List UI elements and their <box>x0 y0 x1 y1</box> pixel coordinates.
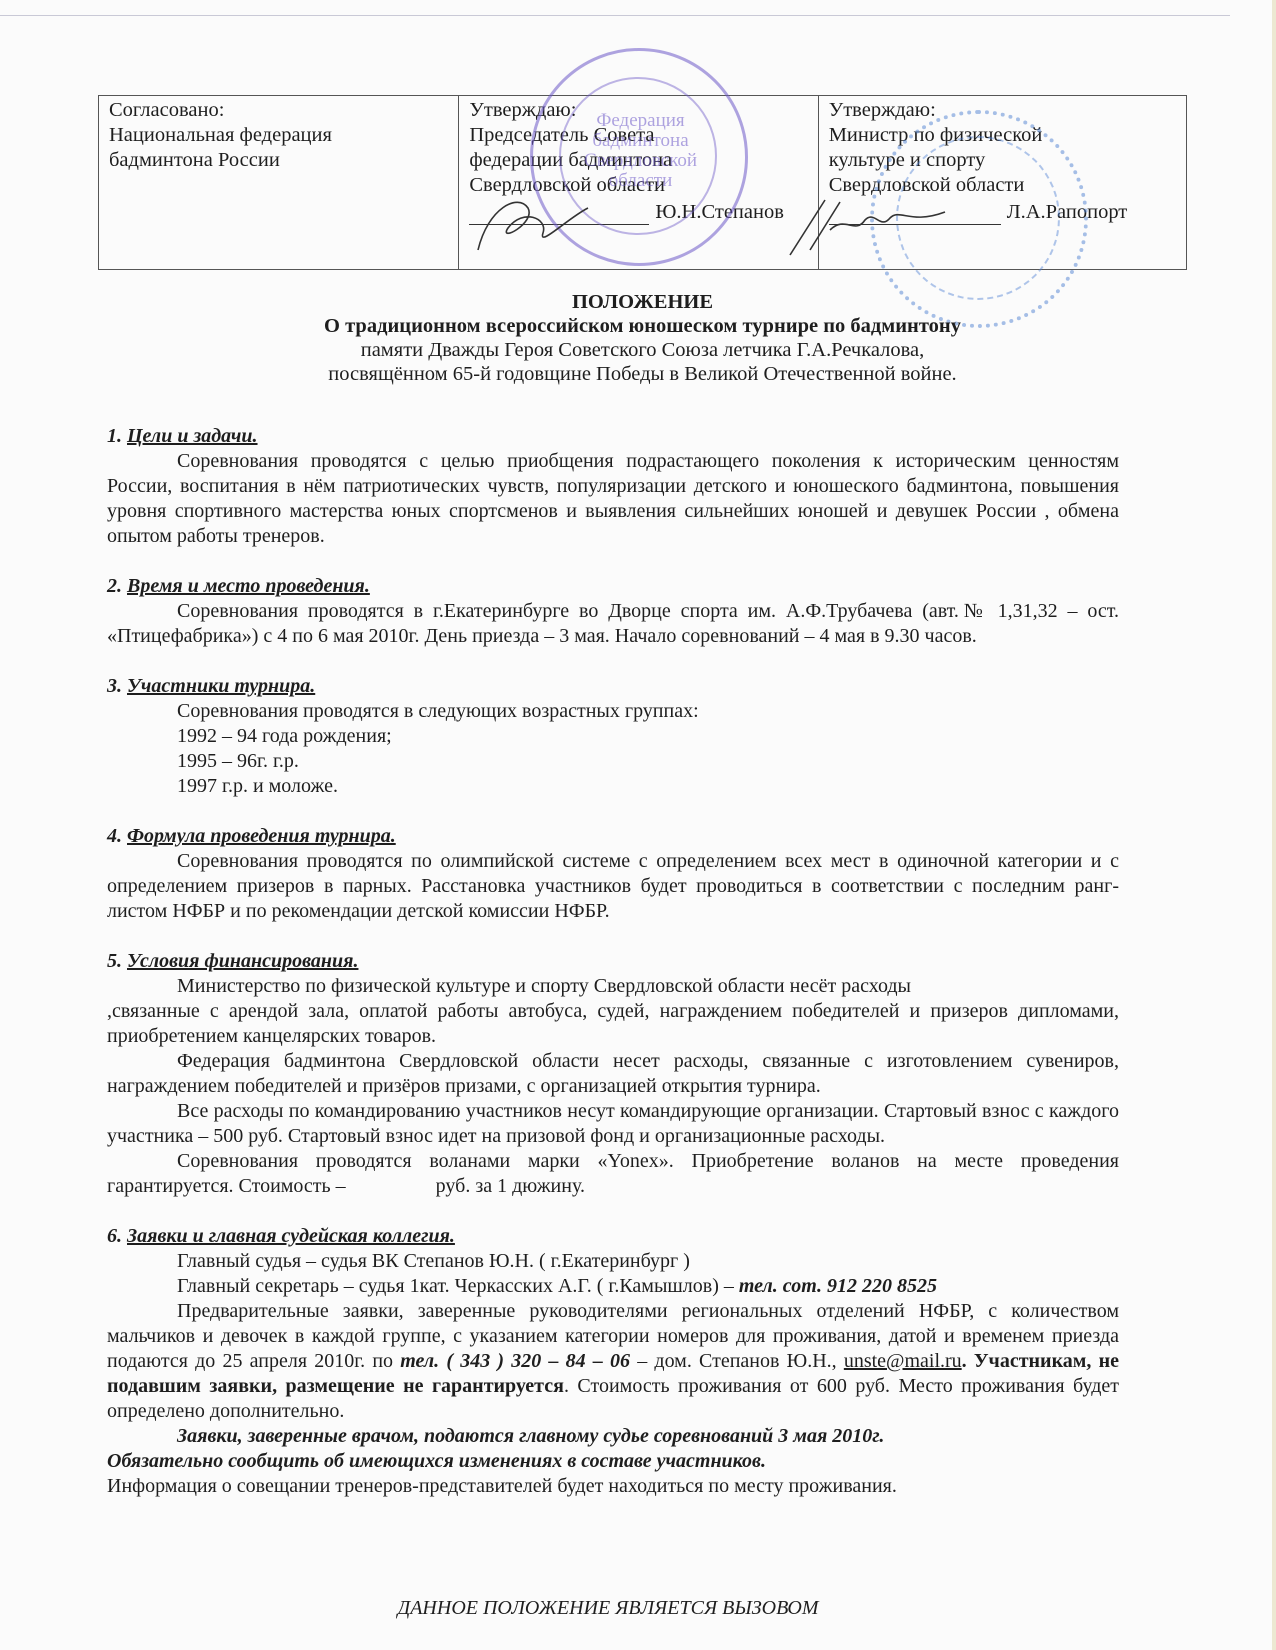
section-title: Цели и задачи. <box>127 425 258 447</box>
prelim-text: – дом. Степанов Ю.Н., <box>630 1350 837 1372</box>
shuttle-price-unit: руб. за 1 дюжину. <box>436 1175 585 1197</box>
scan-border-line <box>0 15 1230 16</box>
notify-changes: Обязательно сообщить об имеющихся измене… <box>107 1449 1119 1474</box>
signature-line: Ю.Н.Степанов <box>469 200 807 225</box>
section-title: Заявки и главная судейская коллегия. <box>127 1225 455 1247</box>
section-heading: 5. Условия финансирования. <box>107 949 1119 974</box>
section-heading: 1. Цели и задачи. <box>107 424 1119 449</box>
doctor-applications: Заявки, заверенные врачом, подаются глав… <box>107 1424 1119 1449</box>
section-text: Министерство по физической культуре и сп… <box>107 974 1119 999</box>
section-number: 5. <box>107 950 122 972</box>
section-text: Все расходы по командированию участников… <box>107 1099 1119 1149</box>
section-time-place: 2. Время и место проведения. Соревновани… <box>107 574 1119 649</box>
signature-blank <box>829 204 1001 225</box>
approval-line: Председатель Совета <box>469 123 807 148</box>
approval-table: Согласовано: Национальная федерация бадм… <box>98 95 1187 270</box>
document-title-block: ПОЛОЖЕНИЕ О традиционном всероссийском ю… <box>98 290 1187 386</box>
section-text: Соревнования проводятся в следующих возр… <box>107 699 1119 724</box>
approval-label: Утверждаю: <box>829 98 1176 123</box>
section-heading: 4. Формула проведения турнира. <box>107 824 1119 849</box>
section-heading: 6. Заявки и главная судейская коллегия. <box>107 1224 1119 1249</box>
signer-name: Л.А.Рапопорт <box>1007 200 1128 225</box>
signature-blank <box>469 204 649 225</box>
secretary-phone: тел. сот. 912 220 8525 <box>739 1275 937 1297</box>
section-text: Соревнования проводятся воланами марки «… <box>107 1149 1119 1199</box>
section-text: Соревнования проводятся с целью приобщен… <box>107 449 1119 549</box>
section-financing: 5. Условия финансирования. Министерство … <box>107 949 1119 1199</box>
approval-cell-ministry: Утверждаю: Министр по физической культур… <box>819 96 1186 269</box>
approval-line: бадминтона России <box>109 148 448 173</box>
approval-cell-federation: Утверждаю: Председатель Совета федерации… <box>459 96 818 269</box>
preliminary-applications: Предварительные заявки, заверенные руков… <box>107 1299 1119 1424</box>
section-number: 3. <box>107 675 122 697</box>
document-title: ПОЛОЖЕНИЕ <box>98 290 1187 314</box>
approval-cell-agreed: Согласовано: Национальная федерация бадм… <box>99 96 459 269</box>
age-group-item: 1997 г.р. и моложе. <box>107 774 1119 799</box>
document-subtitle: О традиционном всероссийском юношеском т… <box>98 314 1187 338</box>
section-title: Условия финансирования. <box>127 950 358 972</box>
section-number: 2. <box>107 575 122 597</box>
age-group-item: 1995 – 96г. г.р. <box>107 749 1119 774</box>
section-heading: 2. Время и место проведения. <box>107 574 1119 599</box>
section-title: Время и место проведения. <box>127 575 370 597</box>
approval-label: Согласовано: <box>109 98 448 123</box>
approval-line: Министр по физической <box>829 123 1176 148</box>
document-body: 1. Цели и задачи. Соревнования проводятс… <box>107 424 1119 1524</box>
approval-line: Свердловской области <box>829 173 1176 198</box>
section-number: 6. <box>107 1225 122 1247</box>
approval-line: Свердловской области <box>469 173 807 198</box>
contact-phone: тел. ( 343 ) 320 – 84 – 06 <box>400 1350 630 1372</box>
section-goals: 1. Цели и задачи. Соревнования проводятс… <box>107 424 1119 549</box>
approval-label: Утверждаю: <box>469 98 807 123</box>
signature-line: Л.А.Рапопорт <box>829 200 1176 225</box>
secretary-text: Главный секретарь – судья 1кат. Черкасск… <box>177 1275 734 1297</box>
approval-line: Национальная федерация <box>109 123 448 148</box>
section-title: Участники турнира. <box>127 675 315 697</box>
chief-judge: Главный судья – судья ВК Степанов Ю.Н. (… <box>107 1249 1119 1274</box>
document-anniversary: посвящённом 65-й годовщине Победы в Вели… <box>98 362 1187 386</box>
approval-line: культуре и спорту <box>829 148 1176 173</box>
age-group-item: 1992 – 94 года рождения; <box>107 724 1119 749</box>
document-dedication: памяти Дважды Героя Советского Союза лет… <box>98 338 1187 362</box>
chief-secretary: Главный секретарь – судья 1кат. Черкасск… <box>107 1274 1119 1299</box>
email-link[interactable]: unste@mail.ru <box>844 1350 962 1372</box>
approval-line: федерации бадминтона <box>469 148 807 173</box>
section-text: Соревнования проводятся в г.Екатеринбург… <box>107 599 1119 649</box>
section-heading: 3. Участники турнира. <box>107 674 1119 699</box>
section-text: Соревнования проводятся по олимпийской с… <box>107 849 1119 924</box>
signer-name: Ю.Н.Степанов <box>655 200 784 225</box>
scan-edge <box>1272 0 1276 1650</box>
section-title: Формула проведения турнира. <box>127 825 396 847</box>
section-text: ,связанные с арендой зала, оплатой работ… <box>107 999 1119 1049</box>
section-number: 4. <box>107 825 122 847</box>
coaches-meeting-info: Информация о совещании тренеров-представ… <box>107 1474 1119 1499</box>
section-number: 1. <box>107 425 122 447</box>
section-participants: 3. Участники турнира. Соревнования прово… <box>107 674 1119 799</box>
section-applications: 6. Заявки и главная судейская коллегия. … <box>107 1224 1119 1499</box>
footer-invitation: ДАННОЕ ПОЛОЖЕНИЕ ЯВЛЯЕТСЯ ВЫЗОВОМ <box>0 1597 1216 1620</box>
shuttle-text: Соревнования проводятся воланами марки «… <box>107 1150 1119 1197</box>
section-format: 4. Формула проведения турнира. Соревнова… <box>107 824 1119 924</box>
section-text: Федерация бадминтона Свердловской област… <box>107 1049 1119 1099</box>
